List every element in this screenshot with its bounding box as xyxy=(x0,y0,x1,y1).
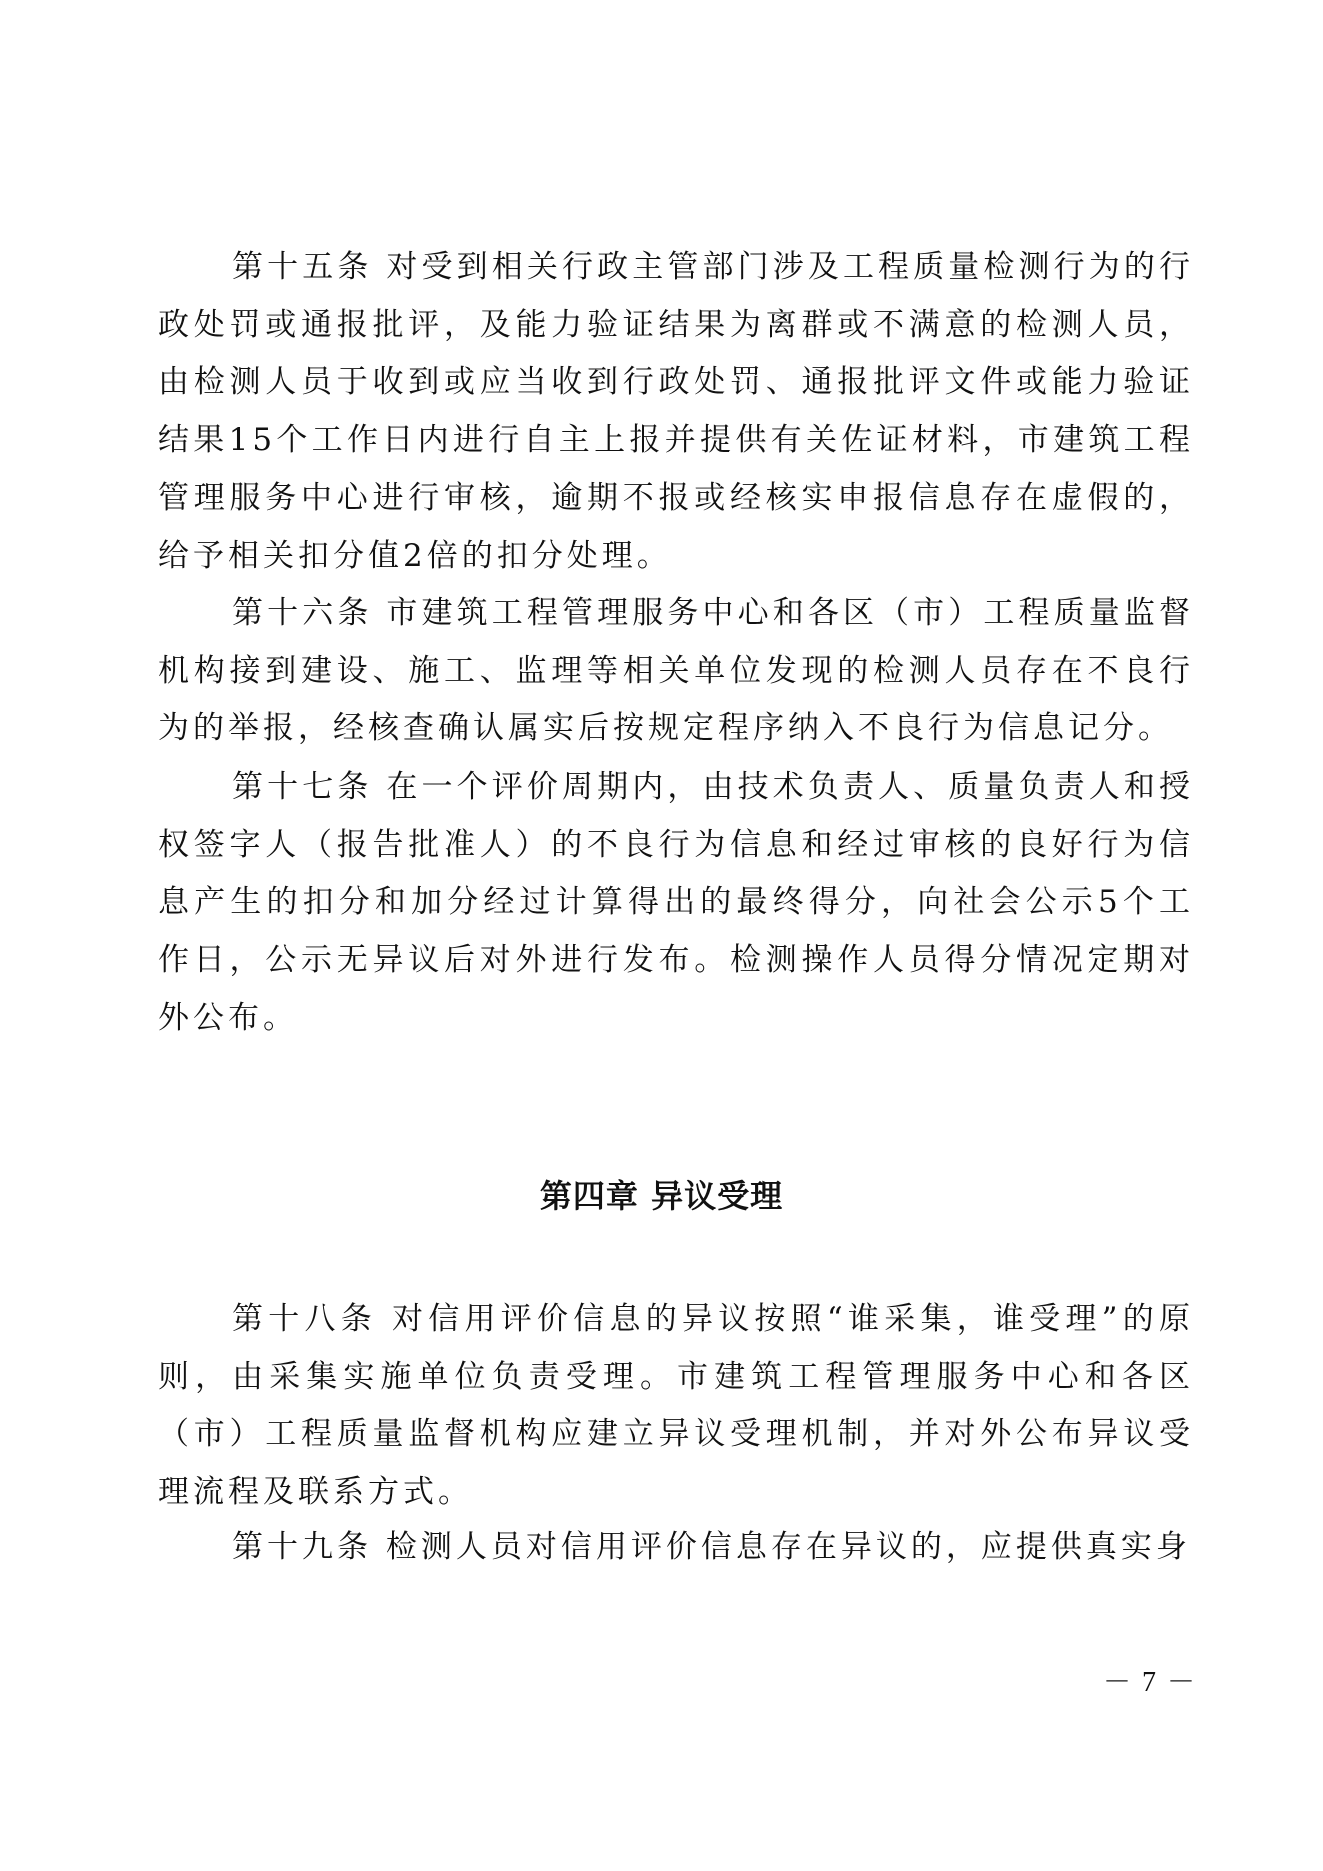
article-16-block: 第十六条 市建筑工程管理服务中心和各区（市）工程质量监督机构接到建设、施工、监理… xyxy=(158,585,1194,758)
article-15-paragraph: 第十五条 对受到相关行政主管部门涉及工程质量检测行为的行政处罚或通报批评，及能力… xyxy=(158,239,1194,585)
document-page: 第十五条 对受到相关行政主管部门涉及工程质量检测行为的行政处罚或通报批评，及能力… xyxy=(0,0,1323,1871)
article-17-block: 第十七条 在一个评价周期内，由技术负责人、质量负责人和授权签字人（报告批准人）的… xyxy=(158,759,1194,1048)
article-19-paragraph: 第十九条 检测人员对信用评价信息存在异议的，应提供真实身 xyxy=(158,1519,1194,1577)
page-number: － 7 － xyxy=(1100,1666,1200,1700)
article-19-block: 第十九条 检测人员对信用评价信息存在异议的，应提供真实身 xyxy=(158,1519,1194,1577)
article-18-paragraph: 第十八条 对信用评价信息的异议按照“谁采集，谁受理”的原则，由采集实施单位负责受… xyxy=(158,1291,1194,1522)
article-18-block: 第十八条 对信用评价信息的异议按照“谁采集，谁受理”的原则，由采集实施单位负责受… xyxy=(158,1291,1194,1522)
chapter-heading: 第四章 异议受理 xyxy=(0,1174,1323,1218)
article-15-block: 第十五条 对受到相关行政主管部门涉及工程质量检测行为的行政处罚或通报批评，及能力… xyxy=(158,239,1194,585)
article-17-paragraph: 第十七条 在一个评价周期内，由技术负责人、质量负责人和授权签字人（报告批准人）的… xyxy=(158,759,1194,1048)
article-16-paragraph: 第十六条 市建筑工程管理服务中心和各区（市）工程质量监督机构接到建设、施工、监理… xyxy=(158,585,1194,758)
